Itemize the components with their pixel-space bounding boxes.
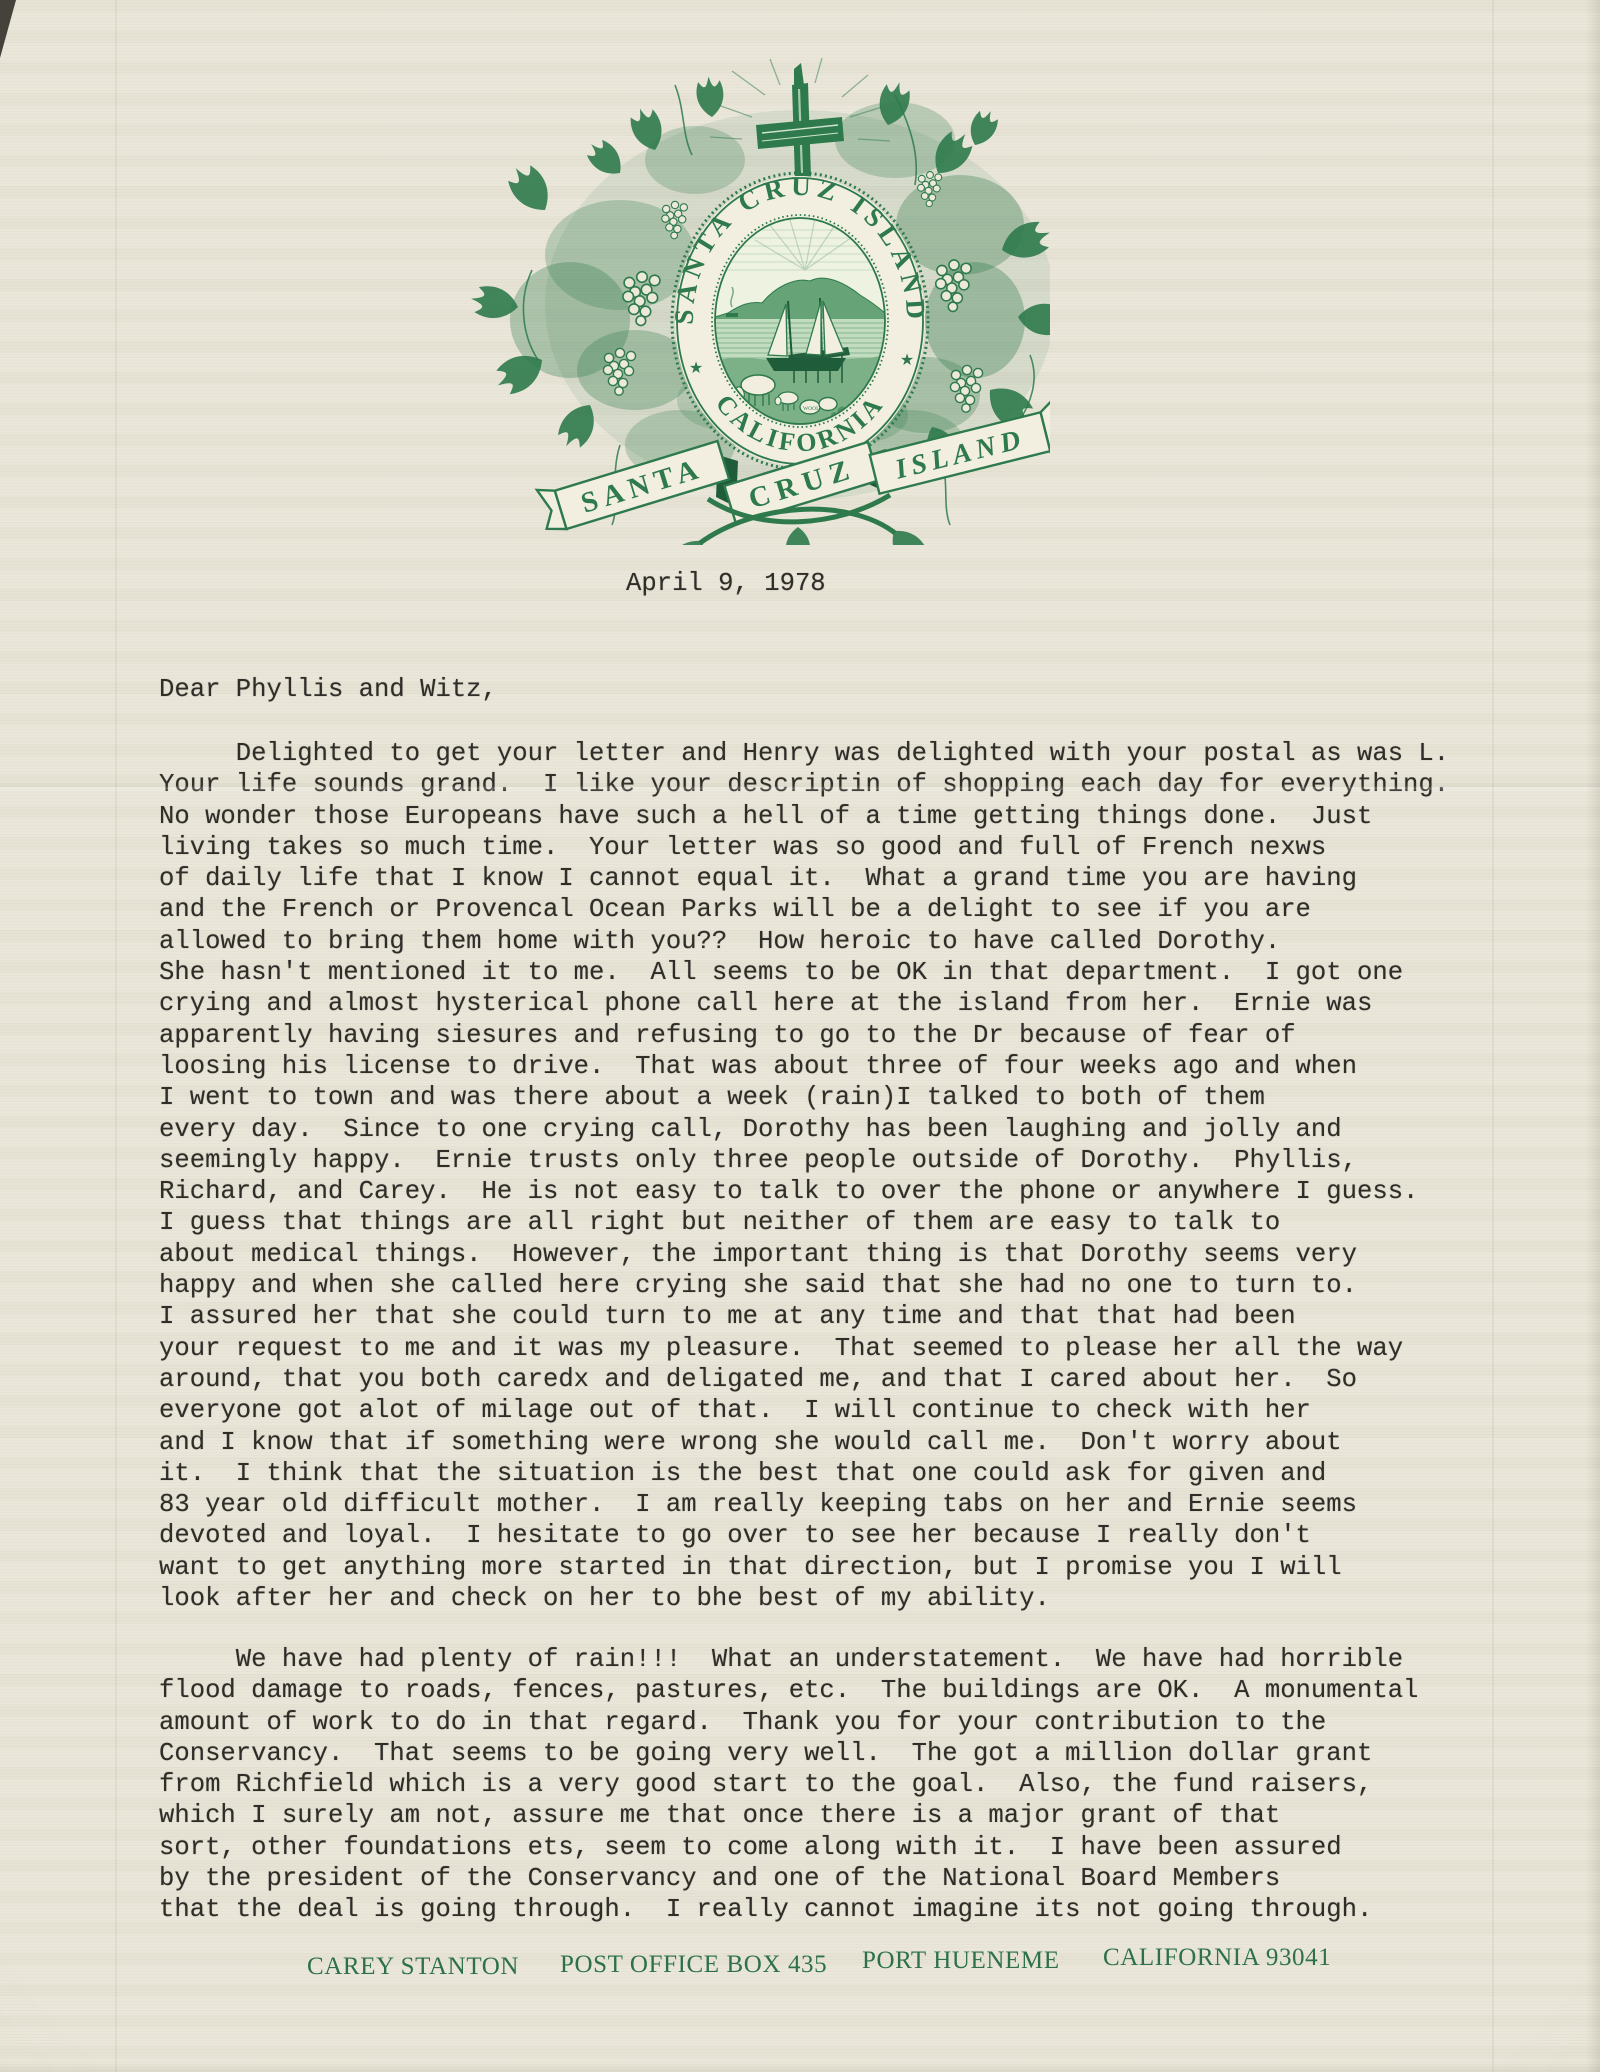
- typed-line: No wonder those Europeans have such a he…: [159, 801, 1449, 832]
- typed-line: by the president of the Conservancy and …: [159, 1863, 1418, 1894]
- typed-line: I guess that things are all right but ne…: [159, 1207, 1449, 1238]
- typed-line: which I surely am not, assure me that on…: [159, 1800, 1418, 1831]
- typed-line: around, that you both caredx and deligat…: [159, 1364, 1449, 1395]
- typed-line: look after her and check on her to bhe b…: [159, 1583, 1449, 1614]
- footer-city: PORT HUENEME: [862, 1947, 1060, 1975]
- typed-line: want to get anything more started in tha…: [159, 1552, 1449, 1583]
- salutation: Dear Phyllis and Witz,: [159, 674, 497, 705]
- paper-texture-line: [1492, 0, 1494, 2072]
- typed-line: We have had plenty of rain!!! What an un…: [159, 1644, 1418, 1675]
- typed-line: loosing his license to drive. That was a…: [159, 1051, 1449, 1082]
- typed-line: Your life sounds grand. I like your desc…: [159, 769, 1449, 800]
- seal-star-right: ★: [900, 352, 914, 369]
- typed-line: flood damage to roads, fences, pastures,…: [159, 1675, 1418, 1706]
- footer-po-box: POST OFFICE BOX 435: [560, 1951, 827, 1979]
- typed-line: from Richfield which is a very good star…: [159, 1769, 1418, 1800]
- typed-line: Delighted to get your letter and Henry w…: [159, 738, 1449, 769]
- typed-line: your request to me and it was my pleasur…: [159, 1333, 1449, 1364]
- typed-line: devoted and loyal. I hesitate to go over…: [159, 1520, 1449, 1551]
- typed-line: I went to town and was there about a wee…: [159, 1082, 1449, 1113]
- typed-line: every day. Since to one crying call, Dor…: [159, 1114, 1449, 1145]
- typed-line: I assured her that she could turn to me …: [159, 1301, 1449, 1332]
- typed-line: apparently having siesures and refusing …: [159, 1020, 1449, 1051]
- seal-star-left: ★: [689, 360, 703, 377]
- typed-line: happy and when she called here crying sh…: [159, 1270, 1449, 1301]
- footer-name: CAREY STANTON: [307, 1953, 519, 1981]
- letter-scan-page: WOOL SANTA CRUZ ISLAND CALIFORNIA ★ ★ SA…: [0, 0, 1600, 2072]
- typed-line: allowed to bring them home with you?? Ho…: [159, 926, 1449, 957]
- paper-texture-line: [115, 0, 117, 2072]
- typed-line: amount of work to do in that regard. Tha…: [159, 1707, 1418, 1738]
- typed-line: Conservancy. That seems to be going very…: [159, 1738, 1418, 1769]
- typed-line: Richard, and Carey. He is not easy to ta…: [159, 1176, 1449, 1207]
- typed-line: seemingly happy. Ernie trusts only three…: [159, 1145, 1449, 1176]
- typed-line: that the deal is going through. I really…: [159, 1894, 1418, 1925]
- paragraph-1: Delighted to get your letter and Henry w…: [159, 738, 1449, 1614]
- paragraph-2: We have had plenty of rain!!! What an un…: [159, 1644, 1418, 1926]
- typed-line: crying and almost hysterical phone call …: [159, 988, 1449, 1019]
- letter-date: April 9, 1978: [626, 568, 826, 599]
- wool-label: WOOL: [803, 406, 820, 412]
- typed-line: sort, other foundations ets, seem to com…: [159, 1832, 1418, 1863]
- typed-line: of daily life that I know I cannot equal…: [159, 863, 1449, 894]
- scan-corner-artifact: [0, 0, 16, 58]
- letterhead-crest: WOOL SANTA CRUZ ISLAND CALIFORNIA ★ ★ SA…: [470, 55, 1050, 545]
- typed-line: and I know that if something were wrong …: [159, 1427, 1449, 1458]
- typed-line: She hasn't mentioned it to me. All seems…: [159, 957, 1449, 988]
- typed-line: everyone got alot of milage out of that.…: [159, 1395, 1449, 1426]
- typed-line: living takes so much time. Your letter w…: [159, 832, 1449, 863]
- typed-line: and the French or Provencal Ocean Parks …: [159, 894, 1449, 925]
- typed-line: it. I think that the situation is the be…: [159, 1458, 1449, 1489]
- typed-line: about medical things. However, the impor…: [159, 1239, 1449, 1270]
- footer-state-zip: CALIFORNIA 93041: [1103, 1944, 1331, 1972]
- typed-line: 83 year old difficult mother. I am reall…: [159, 1489, 1449, 1520]
